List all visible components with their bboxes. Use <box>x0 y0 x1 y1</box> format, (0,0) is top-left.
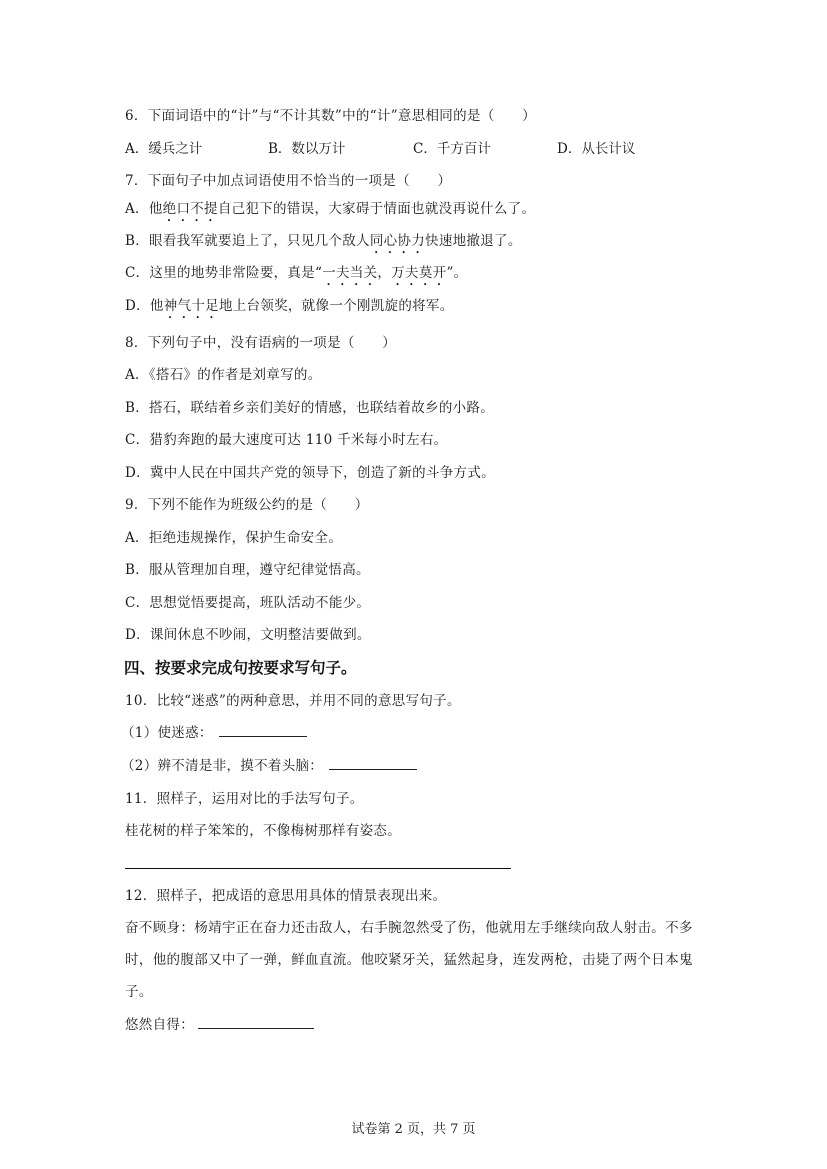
question-7-option-a: A．他绝口不提自己犯下的错误，大家碍于情面也就没再说什么了。 <box>125 200 535 225</box>
question-12-example: 奋不顾身：杨靖宇正在奋力还击敌人，右手腕忽然受了伤，他就用左手继续向敌人射击。不… <box>125 912 705 1008</box>
option-text: 地上台领奖，就像一个刚凯旋的将军。 <box>219 298 454 314</box>
question-6-option-d: D．从长计议 <box>557 140 635 158</box>
question-9-option-a: A．拒绝违规操作，保护生命安全。 <box>125 529 342 547</box>
question-7-stem: 7．下面句子中加点词语使用不恰当的一项是（ ） <box>125 172 451 190</box>
option-text: 自己犯下的错误，大家碍于情面也就没再说什么了。 <box>218 201 535 217</box>
emphasized-phrase: 神气十足 <box>164 298 219 314</box>
question-11-example: 桂花树的样子笨笨的，不像梅树那样有姿态。 <box>125 822 401 840</box>
prompt-label: 悠然自得： <box>125 1017 194 1033</box>
answer-blank[interactable] <box>198 1016 314 1029</box>
question-9-stem: 9．下列不能作为班级公约的是（ ） <box>125 496 369 514</box>
option-text: A．他 <box>125 201 163 217</box>
question-8-option-d: D．冀中人民在中国共产党的领导下，创造了新的斗争方式。 <box>125 464 495 482</box>
option-text: ”。 <box>446 265 467 281</box>
question-10-stem: 10．比较“迷惑”的两种意思，并用不同的意思写句子。 <box>125 692 461 710</box>
question-10-sub-1: （1）使迷惑： <box>121 724 307 742</box>
emphasized-phrase: 绝口不提 <box>163 201 218 217</box>
question-6-option-a: A．缓兵之计 <box>125 140 202 158</box>
question-11-stem: 11．照样子，运用对比的手法写句子。 <box>125 790 364 808</box>
question-8-option-a: A．《搭石》的作者是刘章写的。 <box>125 366 322 384</box>
section-heading: 四、按要求完成句按要求写句子。 <box>124 658 357 678</box>
question-6-option-c: C．千方百计 <box>413 140 491 158</box>
sub-question-label: （2）辨不清是非，摸不着头脑： <box>121 758 323 774</box>
emphasized-phrase: 同心协力 <box>370 233 425 249</box>
answer-blank[interactable] <box>329 757 417 770</box>
question-6-stem: 6．下面词语中的“计”与“不计其数”中的“计”意思相同的是（ ） <box>125 107 536 125</box>
question-9-option-d: D．课间休息不吵闹，文明整洁要做到。 <box>125 626 371 644</box>
question-8-option-b: B．搭石，联结着乡亲们美好的情感，也联结着故乡的小路。 <box>125 399 494 417</box>
option-text: B．眼看我军就要追上了，只见几个敌人 <box>125 233 370 249</box>
question-6-option-b: B．数以万计 <box>268 140 345 158</box>
question-7-option-d: D．他神气十足地上台领奖，就像一个刚凯旋的将军。 <box>125 297 454 322</box>
question-9-option-c: C．思想觉悟要提高，班队活动不能少。 <box>125 594 370 612</box>
question-8-option-c: C．猎豹奔跑的最大速度可达 110 千米每小时左右。 <box>125 431 447 449</box>
question-12-prompt: 悠然自得： <box>125 1016 314 1034</box>
answer-blank[interactable] <box>219 724 307 737</box>
question-9-option-b: B．服从管理加自理，遵守纪律觉悟高。 <box>125 561 370 579</box>
answer-line[interactable] <box>125 868 511 869</box>
question-12-stem: 12．照样子，把成语的意思用具体的情景表现出来。 <box>125 887 446 905</box>
question-7-option-b: B．眼看我军就要追上了，只见几个敌人同心协力快速地撤退了。 <box>125 232 522 257</box>
emphasized-phrase: 一夫当关，万夫莫开 <box>322 265 446 281</box>
option-text: 快速地撤退了。 <box>425 233 522 249</box>
sub-question-label: （1）使迷惑： <box>121 725 213 741</box>
question-8-stem: 8．下列句子中，没有语病的一项是（ ） <box>125 334 396 352</box>
page-footer: 试卷第 2 页，共 7 页 <box>0 1121 827 1139</box>
question-10-sub-2: （2）辨不清是非，摸不着头脑： <box>121 757 417 775</box>
option-text: C．这里的地势非常险要，真是“ <box>125 265 322 281</box>
option-text: D．他 <box>125 298 164 314</box>
question-7-option-c: C．这里的地势非常险要，真是“一夫当关，万夫莫开”。 <box>125 264 467 289</box>
